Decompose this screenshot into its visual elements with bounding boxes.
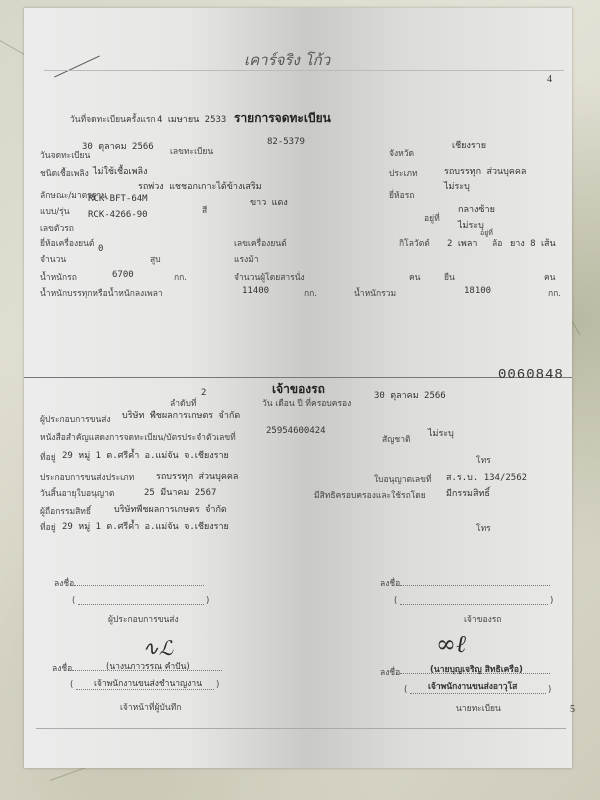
possession-date-value: 30 ตุลาคม 2566	[374, 388, 446, 402]
serial-number: 0060848	[498, 367, 564, 383]
name-line-owner	[400, 604, 548, 605]
first-registered-value: 4 เมษายน 2533	[157, 112, 226, 126]
section-divider	[24, 377, 572, 378]
sign-label-registrar: ลงชื่อ	[380, 665, 400, 679]
paren-open: (	[70, 680, 73, 690]
signature-line-owner	[400, 585, 550, 586]
registrar-signature-scrawl: ∞ℓ	[436, 630, 466, 659]
license-no-value: ส.ร.บ. 134/2562	[446, 470, 527, 484]
chassis-location-value: กลางซ้าย	[458, 202, 495, 216]
name-line-registrar	[410, 693, 546, 694]
paren-open: (	[72, 596, 75, 606]
seats-label: จำนวนผู้โดยสารนั่ง	[234, 270, 305, 284]
sign-label-owner: ลงชื่อ	[380, 576, 400, 590]
registrar-position: เจ้าพนักงานขนส่งอาวุโส	[428, 679, 517, 693]
signature-line-operator	[74, 585, 204, 586]
transport-type-label: ประกอบการขนส่งประเภท	[40, 470, 134, 484]
document-page: เคาร์จริง โก้ว 4 วันที่จดทะเบียนครั้งแรก…	[24, 8, 572, 768]
chassis-value: RCK-4266-90	[88, 210, 148, 220]
operator-role: ผู้ประกอบการขนส่ง	[108, 612, 179, 626]
nationality-label: สัญชาติ	[382, 432, 411, 446]
cylinder-label: สูบ	[150, 252, 161, 266]
brand-value: ไม่ระบุ	[444, 179, 470, 193]
reg-date-label: วันจดทะเบียน	[40, 148, 90, 162]
engine-location-label: อยู่ที่	[480, 228, 493, 239]
reg-no-value: 82-5379	[267, 137, 305, 147]
weight-value: 6700	[112, 270, 134, 280]
type-value: รถบรรทุก ส่วนบุคคล	[444, 164, 526, 178]
chassis-location-label: อยู่ที่	[424, 211, 440, 225]
handwritten-annotation: เคาร์จริง โก้ว	[244, 48, 330, 72]
fuel-value: ไม่ใช้เชื้อเพลิง	[93, 164, 147, 178]
total-value: 18100	[464, 286, 491, 296]
right-value: มีกรรมสิทธิ์	[446, 486, 490, 500]
chassis-label: เลขตัวรถ	[40, 221, 74, 235]
load-value: 11400	[242, 286, 269, 296]
phone-label: โทร	[476, 453, 491, 467]
brand-label: ยี่ห้อรถ	[389, 188, 414, 202]
weight-label: น้ำหนักรถ	[40, 270, 77, 284]
fold-line	[36, 728, 566, 729]
character-value: รถพ่วง แชชอกเกาะได้ข้างเสริม	[138, 179, 262, 193]
total-label: น้ำหนักรวม	[354, 286, 396, 300]
paren-close: )	[548, 685, 551, 695]
weight-unit: กก.	[174, 270, 187, 284]
officer-role: เจ้าหน้าที่ผู้บันทึก	[120, 700, 181, 714]
address-value: 29 หมู่ 1 ต.ศรีค้ำ อ.แม่จัน จ.เชียงราย	[62, 448, 229, 462]
license-no-label: ใบอนุญาตเลขที่	[374, 472, 432, 486]
province-label: จังหวัด	[389, 146, 414, 160]
paren-close: )	[216, 680, 219, 690]
axle-value: 2 เพลา	[447, 236, 477, 250]
kilowatt-label: กิโลวัตต์	[399, 236, 430, 250]
page-number-bottom: 5	[570, 704, 575, 715]
officer-name: (นางนภาวรรณ คำปัน)	[106, 659, 190, 673]
officer-signature-scrawl: ∿ℒ	[142, 636, 173, 660]
reg-date-value: 30 ตุลาคม 2566	[82, 139, 154, 153]
paren-open: (	[394, 596, 397, 606]
standing-unit: คน	[544, 270, 556, 284]
operator-value: บริษัท พืชผลการเกษตร จำกัด	[122, 408, 240, 422]
operator-label: ผู้ประกอบการขนส่ง	[40, 412, 111, 426]
model-value: RCK-BFT-64M	[88, 194, 148, 204]
address-label: ที่อยู่	[40, 450, 56, 464]
paren-close: )	[206, 596, 209, 606]
name-line-operator	[78, 604, 204, 605]
load-unit: กก.	[304, 286, 317, 300]
count-label: จำนวน	[40, 252, 66, 266]
registrar-role: นายทะเบียน	[456, 701, 501, 715]
license-expiry-value: 25 มีนาคม 2567	[144, 485, 216, 499]
sign-label-operator: ลงชื่อ	[54, 576, 74, 590]
holder-value: บริษัทพืชผลการเกษตร จำกัด	[114, 502, 227, 516]
wheels-label: ล้อ	[492, 236, 502, 250]
engine-no-label: เลขเครื่องยนต์	[234, 236, 287, 250]
model-label: แบบ/รุ่น	[40, 204, 70, 218]
officer-position: เจ้าพนักงานขนส่งชำนาญงาน	[94, 676, 202, 690]
page-number-top: 4	[547, 74, 552, 85]
first-registered-label: วันที่จดทะเบียนครั้งแรก	[70, 112, 156, 126]
owner-role: เจ้าของรถ	[464, 612, 501, 626]
holder-address-label: ที่อยู่	[40, 520, 56, 534]
transport-type-value: รถบรรทุก ส่วนบุคคล	[156, 469, 238, 483]
registrar-name: (นายบุญเจริญ สิทธิเครือ)	[430, 662, 523, 676]
color-value: ขาว แดง	[250, 195, 288, 209]
paren-open: (	[404, 685, 407, 695]
nationality-value: ไม่ระบุ	[428, 426, 454, 440]
reg-no-label: เลขทะเบียน	[170, 144, 213, 158]
id-label: หนังสือสำคัญแสดงการจดทะเบียน/บัตรประจำตั…	[40, 430, 236, 444]
sign-label-officer: ลงชื่อ	[52, 661, 72, 675]
horsepower-label: แรงม้า	[234, 252, 259, 266]
color-label: สี	[202, 203, 207, 217]
license-expiry-label: วันสิ้นอายุใบอนุญาต	[40, 486, 114, 500]
fuel-label: ชนิดเชื้อเพลิง	[40, 166, 89, 180]
possession-date-label: วัน เดือน ปี ที่ครอบครอง	[262, 396, 351, 410]
province-value: เชียงราย	[452, 138, 486, 152]
paren-close: )	[550, 596, 553, 606]
tires-value: ยาง 8 เส้น	[510, 236, 556, 250]
registration-title: รายการจดทะเบียน	[234, 109, 331, 128]
type-label: ประเภท	[389, 166, 418, 180]
seats-unit: คน	[409, 270, 421, 284]
holder-phone-label: โทร	[476, 521, 491, 535]
order-value: 2	[201, 388, 206, 398]
standing-label: ยืน	[444, 270, 455, 284]
pen-stroke	[54, 55, 100, 77]
fold-line	[44, 70, 564, 71]
holder-address-value: 29 หมู่ 1 ต.ศรีค้ำ อ.แม่จัน จ.เชียงราย	[62, 519, 229, 533]
id-value: 25954600424	[266, 426, 326, 436]
holder-label: ผู้ถือกรรมสิทธิ์	[40, 504, 91, 518]
count-value: 0	[98, 244, 103, 254]
engine-brand-label: ยี่ห้อเครื่องยนต์	[40, 236, 94, 250]
total-unit: กก.	[548, 286, 561, 300]
load-label: น้ำหนักบรรทุกหรือน้ำหนักลงเพลา	[40, 286, 163, 300]
right-label: มีสิทธิครอบครองและใช้รถโดย	[314, 488, 426, 502]
